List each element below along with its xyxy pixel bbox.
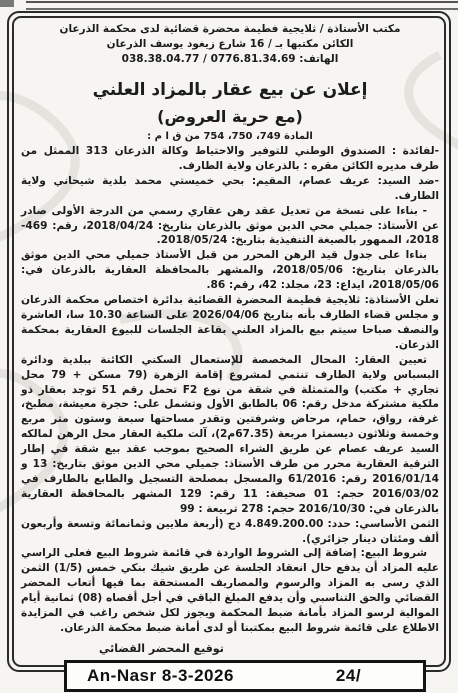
ad-subtitle: (مع حرية العروض) (21, 105, 439, 129)
mortgage-deed-paragraph: - بناءا على نسخة من تعديل عقد رهن عقاري … (21, 204, 439, 249)
newspaper-footer-box: An-Nasr 8-3-2026 24/ (64, 660, 426, 692)
base-price-paragraph: الثمن الأساسي: حدد: 4.849.200.00 دج (أرب… (21, 517, 439, 547)
beneficiary-paragraph: -لفائدة : الصندوق الوطني للتوفير والاحتي… (21, 144, 439, 174)
lien-schedule-paragraph: بناءا على جدول قيد الرهن المحرر من قبل ا… (21, 248, 439, 293)
bailiff-signature-line: توقيع المحضر القضائي (21, 642, 439, 655)
office-header: مكتب الأستاذة / ثلايجية فطيمة محضرة قضائ… (21, 22, 439, 67)
newspaper-name-date: An-Nasr 8-3-2026 (87, 666, 234, 686)
office-name-line: مكتب الأستاذة / ثلايجية فطيمة محضرة قضائ… (21, 22, 439, 37)
page-number: 24/ (336, 666, 361, 686)
debtor-paragraph: -ضد السيد: عريف عصام، المقيم: بحي خميستي… (21, 174, 439, 204)
office-phone-line: الهاتف: 0776.81.34.69 / 038.38.04.77 (21, 52, 439, 67)
property-designation-paragraph: تعيين العقار: المحال المخصصة للإستعمال ا… (21, 353, 439, 517)
scan-smudge (0, 0, 14, 7)
ad-content: مكتب الأستاذة / ثلايجية فطيمة محضرة قضائ… (21, 20, 439, 659)
auction-announcement-paragraph: تعلن الأستاذة: ثلايجية فطيمة المحضرة الق… (21, 293, 439, 353)
ad-title: إعلان عن بيع عقار بالمزاد العلني (21, 77, 439, 103)
legal-article-ref: المادة 749، 750، 754 من ق ا م : (21, 130, 439, 143)
office-address-line: الكائن مكتبها بـ / 16 شارع زيغود يوسف ال… (21, 37, 439, 52)
top-column-rule (26, 1, 458, 10)
scanned-newspaper-ad-page: مكتب الأستاذة / ثلايجية فطيمة محضرة قضائ… (0, 0, 458, 693)
sale-conditions-paragraph: شروط البيع: إضافة إلى الشروط الواردة في … (21, 546, 439, 635)
